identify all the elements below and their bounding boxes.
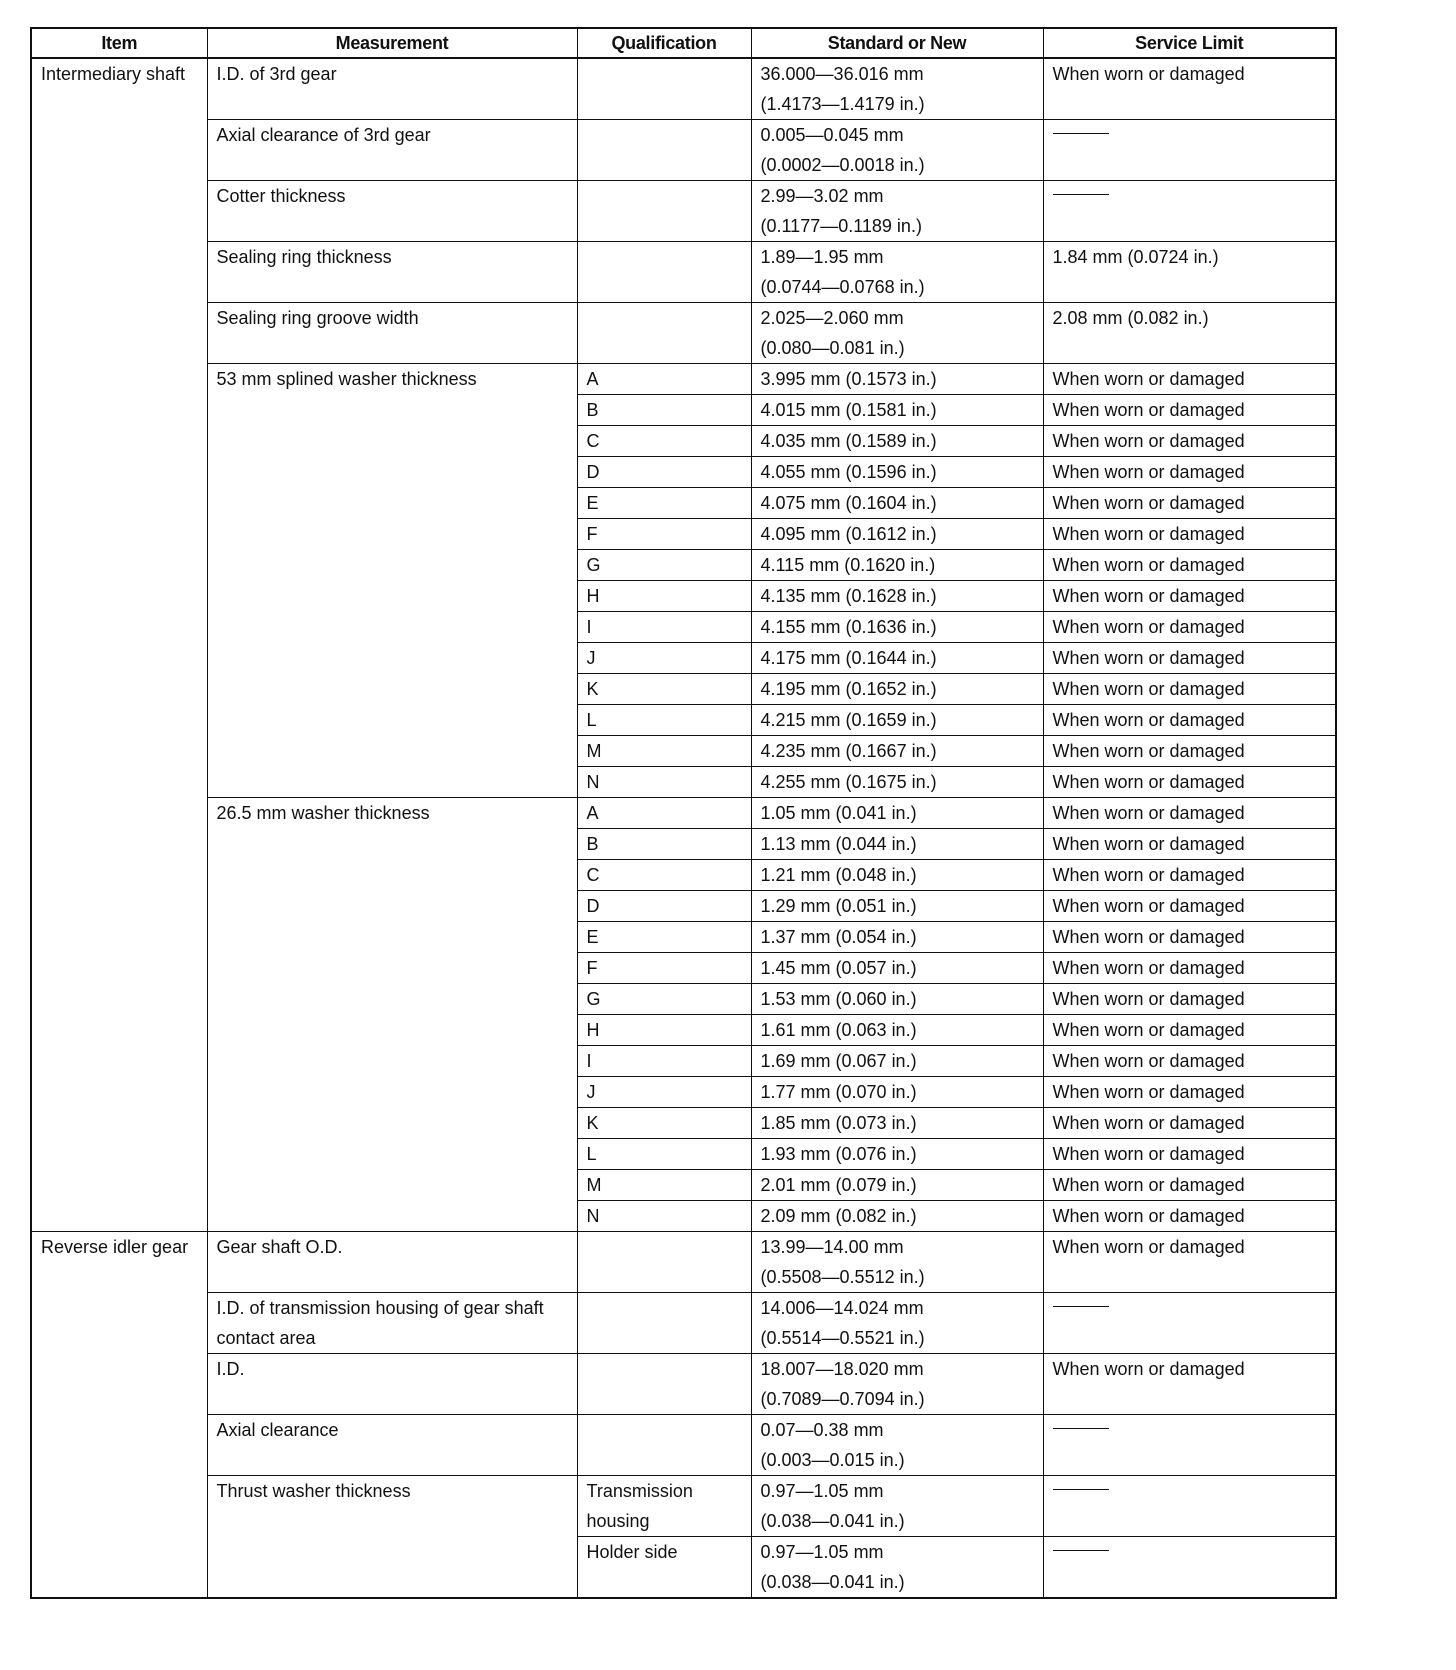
cell-line: 1.53 mm (0.060 in.) bbox=[761, 984, 1043, 1014]
qualification-cell: N bbox=[577, 767, 751, 798]
cell-line: 36.000—36.016 mm bbox=[761, 59, 1043, 89]
qualification-cell bbox=[577, 181, 751, 242]
measurement-cell: Sealing ring groove width bbox=[207, 303, 577, 364]
cell-line: 0.005—0.045 mm bbox=[761, 120, 1043, 150]
dash-mark bbox=[1053, 194, 1109, 195]
standard-cell: 0.005—0.045 mm(0.0002—0.0018 in.) bbox=[751, 120, 1043, 181]
standard-cell: 4.255 mm (0.1675 in.) bbox=[751, 767, 1043, 798]
qualification-cell: L bbox=[577, 1139, 751, 1170]
cell-line: 4.135 mm (0.1628 in.) bbox=[761, 581, 1043, 611]
measurement-cell: 26.5 mm washer thickness bbox=[207, 798, 577, 1232]
cell-line: 13.99—14.00 mm bbox=[761, 1232, 1043, 1262]
standard-cell: 1.89—1.95 mm(0.0744—0.0768 in.) bbox=[751, 242, 1043, 303]
qualification-cell: C bbox=[577, 426, 751, 457]
qualification-cell bbox=[577, 1293, 751, 1354]
service-limit-cell bbox=[1043, 181, 1336, 242]
qualification-cell: H bbox=[577, 581, 751, 612]
header-service-limit: Service Limit bbox=[1043, 28, 1336, 58]
cell-line: 4.055 mm (0.1596 in.) bbox=[761, 457, 1043, 487]
cell-line: (0.0002—0.0018 in.) bbox=[761, 150, 1043, 180]
qualification-cell: K bbox=[577, 1108, 751, 1139]
table-row: Intermediary shaftI.D. of 3rd gear36.000… bbox=[31, 58, 1336, 120]
qualification-cell: I bbox=[577, 612, 751, 643]
qualification-cell: M bbox=[577, 1170, 751, 1201]
standard-cell: 1.13 mm (0.044 in.) bbox=[751, 829, 1043, 860]
cell-line: 0.97—1.05 mm bbox=[761, 1537, 1043, 1567]
cell-line: 2.09 mm (0.082 in.) bbox=[761, 1201, 1043, 1231]
dash-mark bbox=[1053, 1489, 1109, 1490]
measurement-cell: 53 mm splined washer thickness bbox=[207, 364, 577, 798]
qualification-cell: J bbox=[577, 1077, 751, 1108]
cell-line: 1.93 mm (0.076 in.) bbox=[761, 1139, 1043, 1169]
cell-line: 14.006—14.024 mm bbox=[761, 1293, 1043, 1323]
table-body: Intermediary shaftI.D. of 3rd gear36.000… bbox=[31, 58, 1336, 1598]
standard-cell: 0.97—1.05 mm(0.038—0.041 in.) bbox=[751, 1476, 1043, 1537]
cell-line: 4.035 mm (0.1589 in.) bbox=[761, 426, 1043, 456]
standard-cell: 1.21 mm (0.048 in.) bbox=[751, 860, 1043, 891]
standard-cell: 1.69 mm (0.067 in.) bbox=[751, 1046, 1043, 1077]
qualification-cell: G bbox=[577, 984, 751, 1015]
service-limit-cell: When worn or damaged bbox=[1043, 1108, 1336, 1139]
service-limit-cell bbox=[1043, 1476, 1336, 1537]
measurement-cell: Cotter thickness bbox=[207, 181, 577, 242]
qualification-cell: H bbox=[577, 1015, 751, 1046]
service-limit-cell: When worn or damaged bbox=[1043, 488, 1336, 519]
service-limit-cell: When worn or damaged bbox=[1043, 1232, 1336, 1293]
standard-cell: 0.97—1.05 mm(0.038—0.041 in.) bbox=[751, 1537, 1043, 1599]
measurement-cell: Sealing ring thickness bbox=[207, 242, 577, 303]
cell-line: 0.97—1.05 mm bbox=[761, 1476, 1043, 1506]
item-cell: Reverse idler gear bbox=[31, 1232, 207, 1599]
qualification-cell: F bbox=[577, 519, 751, 550]
cell-line: 1.05 mm (0.041 in.) bbox=[761, 798, 1043, 828]
standard-cell: 2.025—2.060 mm(0.080—0.081 in.) bbox=[751, 303, 1043, 364]
cell-line: 1.29 mm (0.051 in.) bbox=[761, 891, 1043, 921]
cell-line: 3.995 mm (0.1573 in.) bbox=[761, 364, 1043, 394]
measurement-cell: Axial clearance of 3rd gear bbox=[207, 120, 577, 181]
cell-line: 4.195 mm (0.1652 in.) bbox=[761, 674, 1043, 704]
cell-line: 1.69 mm (0.067 in.) bbox=[761, 1046, 1043, 1076]
qualification-cell: B bbox=[577, 829, 751, 860]
service-limit-cell bbox=[1043, 1293, 1336, 1354]
dash-mark bbox=[1053, 133, 1109, 134]
qualification-cell: F bbox=[577, 953, 751, 984]
cell-line: 18.007—18.020 mm bbox=[761, 1354, 1043, 1384]
cell-line: (0.5514—0.5521 in.) bbox=[761, 1323, 1043, 1353]
standard-cell: 4.195 mm (0.1652 in.) bbox=[751, 674, 1043, 705]
cell-line: 4.215 mm (0.1659 in.) bbox=[761, 705, 1043, 735]
standard-cell: 4.015 mm (0.1581 in.) bbox=[751, 395, 1043, 426]
cell-line: (0.0744—0.0768 in.) bbox=[761, 272, 1043, 302]
table-row: Reverse idler gearGear shaft O.D.13.99—1… bbox=[31, 1232, 1336, 1293]
cell-line: 1.45 mm (0.057 in.) bbox=[761, 953, 1043, 983]
standard-cell: 1.61 mm (0.063 in.) bbox=[751, 1015, 1043, 1046]
cell-line: (0.7089—0.7094 in.) bbox=[761, 1384, 1043, 1414]
dash-mark bbox=[1053, 1550, 1109, 1551]
header-measurement: Measurement bbox=[207, 28, 577, 58]
dash-mark bbox=[1053, 1428, 1109, 1429]
measurement-cell: Thrust washer thickness bbox=[207, 1476, 577, 1599]
service-limit-cell: When worn or damaged bbox=[1043, 1170, 1336, 1201]
service-limit-cell: When worn or damaged bbox=[1043, 984, 1336, 1015]
service-limit-cell: When worn or damaged bbox=[1043, 798, 1336, 829]
dash-mark bbox=[1053, 1306, 1109, 1307]
table-row: Sealing ring thickness1.89—1.95 mm(0.074… bbox=[31, 242, 1336, 303]
table-row: 26.5 mm washer thicknessA1.05 mm (0.041 … bbox=[31, 798, 1336, 829]
standard-cell: 0.07—0.38 mm(0.003—0.015 in.) bbox=[751, 1415, 1043, 1476]
service-limit-cell: When worn or damaged bbox=[1043, 1077, 1336, 1108]
header-item: Item bbox=[31, 28, 207, 58]
standard-cell: 4.155 mm (0.1636 in.) bbox=[751, 612, 1043, 643]
standard-cell: 1.05 mm (0.041 in.) bbox=[751, 798, 1043, 829]
qualification-cell: L bbox=[577, 705, 751, 736]
standard-cell: 13.99—14.00 mm(0.5508—0.5512 in.) bbox=[751, 1232, 1043, 1293]
cell-line: (0.003—0.015 in.) bbox=[761, 1445, 1043, 1475]
qualification-cell: I bbox=[577, 1046, 751, 1077]
cell-line: (0.038—0.041 in.) bbox=[761, 1567, 1043, 1597]
service-limit-cell: When worn or damaged bbox=[1043, 922, 1336, 953]
standard-cell: 4.095 mm (0.1612 in.) bbox=[751, 519, 1043, 550]
service-limit-cell: When worn or damaged bbox=[1043, 612, 1336, 643]
cell-line: 4.235 mm (0.1667 in.) bbox=[761, 736, 1043, 766]
cell-line: 1.21 mm (0.048 in.) bbox=[761, 860, 1043, 890]
standard-cell: 2.01 mm (0.079 in.) bbox=[751, 1170, 1043, 1201]
standard-cell: 1.29 mm (0.051 in.) bbox=[751, 891, 1043, 922]
service-limit-cell: When worn or damaged bbox=[1043, 674, 1336, 705]
table-row: I.D.18.007—18.020 mm(0.7089—0.7094 in.)W… bbox=[31, 1354, 1336, 1415]
qualification-cell bbox=[577, 58, 751, 120]
qualification-cell bbox=[577, 303, 751, 364]
standard-cell: 4.055 mm (0.1596 in.) bbox=[751, 457, 1043, 488]
service-limit-cell: 2.08 mm (0.082 in.) bbox=[1043, 303, 1336, 364]
cell-line: 4.115 mm (0.1620 in.) bbox=[761, 550, 1043, 580]
cell-line: 1.13 mm (0.044 in.) bbox=[761, 829, 1043, 859]
service-limit-cell: When worn or damaged bbox=[1043, 1139, 1336, 1170]
cell-line: 4.075 mm (0.1604 in.) bbox=[761, 488, 1043, 518]
service-limit-cell: When worn or damaged bbox=[1043, 891, 1336, 922]
cell-line: (0.080—0.081 in.) bbox=[761, 333, 1043, 363]
service-limit-cell bbox=[1043, 1415, 1336, 1476]
cell-line: 2.025—2.060 mm bbox=[761, 303, 1043, 333]
standard-cell: 4.175 mm (0.1644 in.) bbox=[751, 643, 1043, 674]
qualification-cell: B bbox=[577, 395, 751, 426]
table-row: I.D. of transmission housing of gear sha… bbox=[31, 1293, 1336, 1354]
table-row: Thrust washer thicknessTransmission hous… bbox=[31, 1476, 1336, 1537]
cell-line: 1.77 mm (0.070 in.) bbox=[761, 1077, 1043, 1107]
qualification-cell: Transmission housing bbox=[577, 1476, 751, 1537]
qualification-cell: J bbox=[577, 643, 751, 674]
qualification-cell: D bbox=[577, 891, 751, 922]
cell-line: 4.175 mm (0.1644 in.) bbox=[761, 643, 1043, 673]
cell-line: 4.015 mm (0.1581 in.) bbox=[761, 395, 1043, 425]
cell-line: 1.61 mm (0.063 in.) bbox=[761, 1015, 1043, 1045]
qualification-cell bbox=[577, 1232, 751, 1293]
standard-cell: 36.000—36.016 mm(1.4173—1.4179 in.) bbox=[751, 58, 1043, 120]
qualification-cell: A bbox=[577, 798, 751, 829]
qualification-cell: K bbox=[577, 674, 751, 705]
service-limit-cell: When worn or damaged bbox=[1043, 395, 1336, 426]
service-limit-cell: When worn or damaged bbox=[1043, 58, 1336, 120]
qualification-cell: M bbox=[577, 736, 751, 767]
service-limit-cell: When worn or damaged bbox=[1043, 519, 1336, 550]
qualification-cell: A bbox=[577, 364, 751, 395]
cell-line: 4.155 mm (0.1636 in.) bbox=[761, 612, 1043, 642]
cell-line: (0.5508—0.5512 in.) bbox=[761, 1262, 1043, 1292]
service-limit-cell: When worn or damaged bbox=[1043, 1015, 1336, 1046]
standard-cell: 4.215 mm (0.1659 in.) bbox=[751, 705, 1043, 736]
standard-cell: 3.995 mm (0.1573 in.) bbox=[751, 364, 1043, 395]
service-limit-cell: When worn or damaged bbox=[1043, 736, 1336, 767]
standard-cell: 4.035 mm (0.1589 in.) bbox=[751, 426, 1043, 457]
service-limit-cell: When worn or damaged bbox=[1043, 1354, 1336, 1415]
qualification-cell: G bbox=[577, 550, 751, 581]
standard-cell: 1.85 mm (0.073 in.) bbox=[751, 1108, 1043, 1139]
standard-cell: 14.006—14.024 mm(0.5514—0.5521 in.) bbox=[751, 1293, 1043, 1354]
service-limit-cell: When worn or damaged bbox=[1043, 457, 1336, 488]
cell-line: 2.01 mm (0.079 in.) bbox=[761, 1170, 1043, 1200]
cell-line: 4.095 mm (0.1612 in.) bbox=[761, 519, 1043, 549]
service-limit-cell: When worn or damaged bbox=[1043, 426, 1336, 457]
standard-cell: 1.37 mm (0.054 in.) bbox=[751, 922, 1043, 953]
standard-cell: 4.075 mm (0.1604 in.) bbox=[751, 488, 1043, 519]
table-row: Axial clearance of 3rd gear0.005—0.045 m… bbox=[31, 120, 1336, 181]
measurement-cell: I.D. bbox=[207, 1354, 577, 1415]
cell-line: 1.85 mm (0.073 in.) bbox=[761, 1108, 1043, 1138]
service-limit-cell: 1.84 mm (0.0724 in.) bbox=[1043, 242, 1336, 303]
standard-cell: 2.09 mm (0.082 in.) bbox=[751, 1201, 1043, 1232]
measurement-cell: Gear shaft O.D. bbox=[207, 1232, 577, 1293]
service-limit-cell: When worn or damaged bbox=[1043, 581, 1336, 612]
qualification-cell: C bbox=[577, 860, 751, 891]
service-limit-cell: When worn or damaged bbox=[1043, 829, 1336, 860]
cell-line: 0.07—0.38 mm bbox=[761, 1415, 1043, 1445]
cell-line: (1.4173—1.4179 in.) bbox=[761, 89, 1043, 119]
standard-cell: 1.93 mm (0.076 in.) bbox=[751, 1139, 1043, 1170]
measurement-cell: I.D. of transmission housing of gear sha… bbox=[207, 1293, 577, 1354]
service-limit-cell: When worn or damaged bbox=[1043, 364, 1336, 395]
qualification-cell bbox=[577, 120, 751, 181]
standard-cell: 1.53 mm (0.060 in.) bbox=[751, 984, 1043, 1015]
table-header-row: Item Measurement Qualification Standard … bbox=[31, 28, 1336, 58]
table-row: Axial clearance0.07—0.38 mm(0.003—0.015 … bbox=[31, 1415, 1336, 1476]
qualification-cell: E bbox=[577, 922, 751, 953]
header-standard: Standard or New bbox=[751, 28, 1043, 58]
qualification-cell: E bbox=[577, 488, 751, 519]
standard-cell: 4.115 mm (0.1620 in.) bbox=[751, 550, 1043, 581]
service-limit-cell: When worn or damaged bbox=[1043, 767, 1336, 798]
service-limit-cell: When worn or damaged bbox=[1043, 643, 1336, 674]
measurement-cell: I.D. of 3rd gear bbox=[207, 58, 577, 120]
qualification-cell bbox=[577, 1354, 751, 1415]
standard-cell: 4.135 mm (0.1628 in.) bbox=[751, 581, 1043, 612]
measurement-cell: Axial clearance bbox=[207, 1415, 577, 1476]
item-cell: Intermediary shaft bbox=[31, 58, 207, 1232]
service-limit-cell: When worn or damaged bbox=[1043, 953, 1336, 984]
service-limit-cell: When worn or damaged bbox=[1043, 705, 1336, 736]
table-row: Cotter thickness2.99—3.02 mm(0.1177—0.11… bbox=[31, 181, 1336, 242]
service-limit-cell: When worn or damaged bbox=[1043, 1201, 1336, 1232]
standard-cell: 18.007—18.020 mm(0.7089—0.7094 in.) bbox=[751, 1354, 1043, 1415]
standard-cell: 1.45 mm (0.057 in.) bbox=[751, 953, 1043, 984]
qualification-cell: N bbox=[577, 1201, 751, 1232]
service-limit-cell: When worn or damaged bbox=[1043, 550, 1336, 581]
standard-cell: 2.99—3.02 mm(0.1177—0.1189 in.) bbox=[751, 181, 1043, 242]
service-limit-cell: When worn or damaged bbox=[1043, 1046, 1336, 1077]
table-row: 53 mm splined washer thicknessA3.995 mm … bbox=[31, 364, 1336, 395]
cell-line: (0.1177—0.1189 in.) bbox=[761, 211, 1043, 241]
service-limit-cell bbox=[1043, 120, 1336, 181]
standard-cell: 4.235 mm (0.1667 in.) bbox=[751, 736, 1043, 767]
cell-line: 1.89—1.95 mm bbox=[761, 242, 1043, 272]
qualification-cell bbox=[577, 1415, 751, 1476]
header-qualification: Qualification bbox=[577, 28, 751, 58]
table-row: Sealing ring groove width2.025—2.060 mm(… bbox=[31, 303, 1336, 364]
qualification-cell bbox=[577, 242, 751, 303]
cell-line: 1.37 mm (0.054 in.) bbox=[761, 922, 1043, 952]
standard-cell: 1.77 mm (0.070 in.) bbox=[751, 1077, 1043, 1108]
cell-line: 4.255 mm (0.1675 in.) bbox=[761, 767, 1043, 797]
qualification-cell: Holder side bbox=[577, 1537, 751, 1599]
service-limit-cell: When worn or damaged bbox=[1043, 860, 1336, 891]
cell-line: (0.038—0.041 in.) bbox=[761, 1506, 1043, 1536]
service-spec-table: Item Measurement Qualification Standard … bbox=[30, 27, 1337, 1599]
service-limit-cell bbox=[1043, 1537, 1336, 1599]
qualification-cell: D bbox=[577, 457, 751, 488]
cell-line: 2.99—3.02 mm bbox=[761, 181, 1043, 211]
